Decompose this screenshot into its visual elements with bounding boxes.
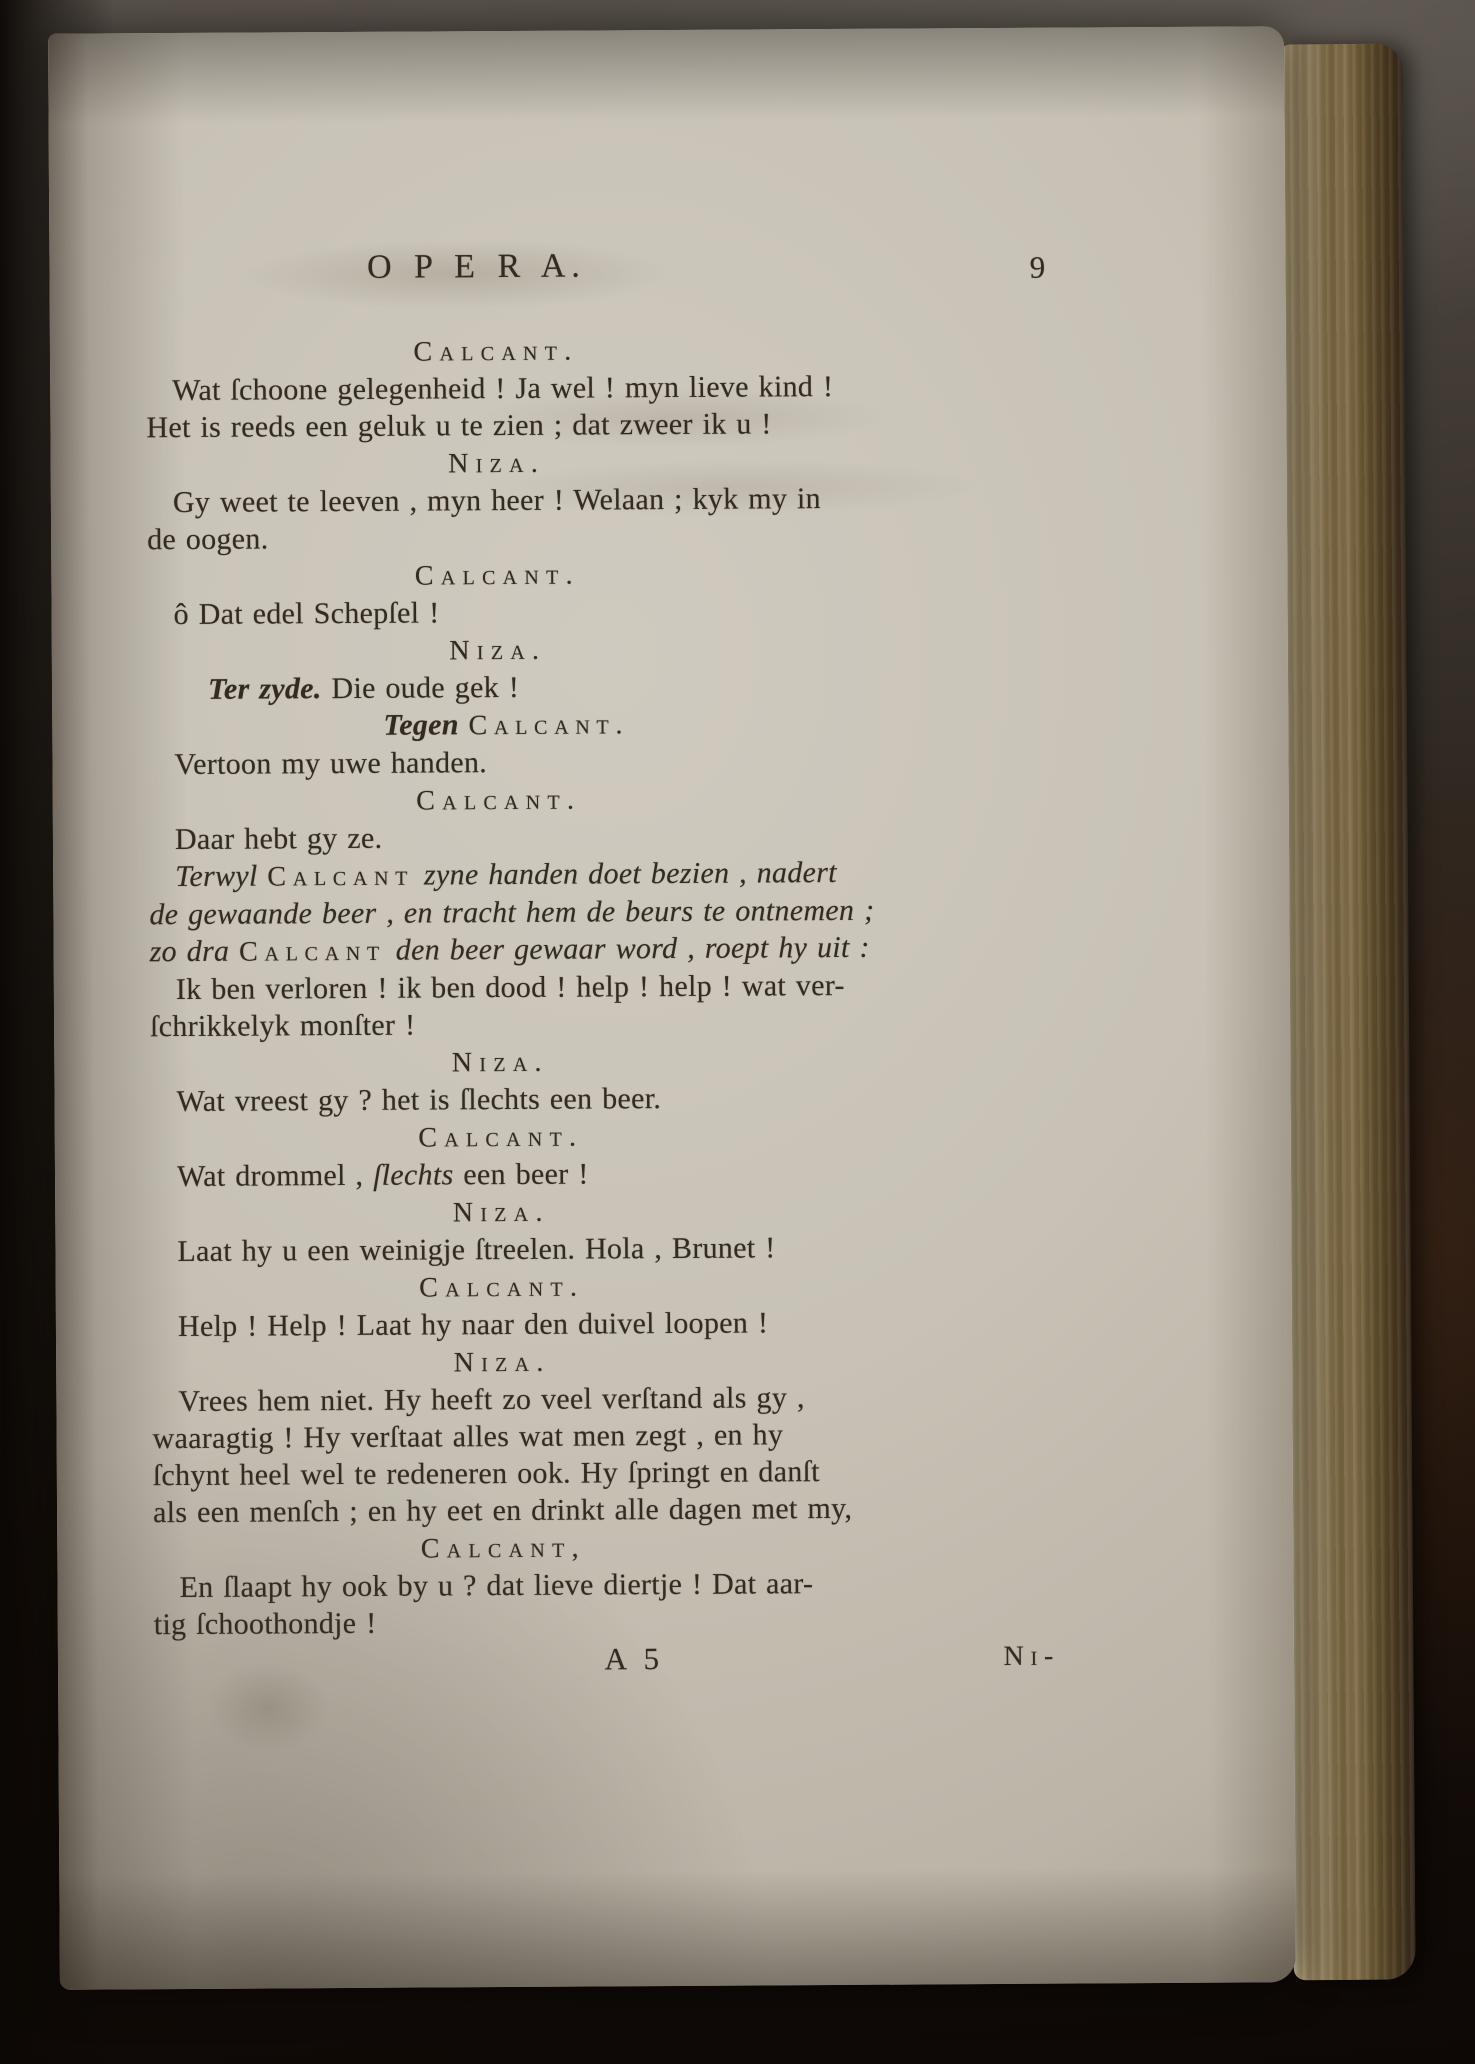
speaker-heading: Calcant. — [147, 553, 1059, 597]
dialogue-line: Vrees hem niet. Hy heeft zo veel verſtan… — [152, 1378, 1064, 1421]
dialogue-line: Daar hebt gy ze. — [149, 816, 1061, 859]
book-page: O P E R A. 9 Calcant. Wat ſchoone gelege… — [48, 26, 1296, 1990]
dialogue-line: Laat hy u een weinigje ſtreelen. Hola , … — [151, 1228, 1063, 1271]
dialogue-line: ſchrikkelyk monſter ! — [150, 1003, 1062, 1046]
dialogue-line: Ik ben verloren ! ik ben dood ! help ! h… — [150, 966, 1062, 1009]
dialogue-line: tig ſchoothondje ! — [154, 1601, 1066, 1644]
page-title: O P E R A. — [145, 244, 1057, 290]
speaker-heading: Calcant. — [149, 778, 1061, 822]
page-footer: A 5 Ni- — [154, 1638, 1066, 1681]
dialogue-line: de oogen. — [147, 516, 1059, 559]
page-fore-edge — [1280, 44, 1416, 1981]
speaker-heading: Niza. — [147, 441, 1059, 485]
speaker-heading: Niza. — [151, 1190, 1063, 1234]
aside-line: Ter zyde. Die oude gek ! — [148, 666, 1060, 709]
page-number: 9 — [1030, 248, 1046, 288]
speaker-heading: Niza. — [148, 628, 1060, 672]
dialogue-line: als een menſch ; en hy eet en drinkt all… — [153, 1489, 1065, 1532]
stage-direction: de gewaande beer , en tracht hem de beur… — [149, 891, 1061, 934]
stage-direction: zo dra Calcant den beer gewaar word , ro… — [150, 928, 1062, 972]
dialogue-line: waaragtig ! Hy verſtaat alles wat men ze… — [153, 1415, 1065, 1458]
speaker-heading: Niza. — [150, 1040, 1062, 1084]
book-photo: O P E R A. 9 Calcant. Wat ſchoone gelege… — [0, 0, 1475, 2064]
signature-mark: A 5 — [154, 1638, 1066, 1681]
dialogue-line: Vertoon my uwe handen. — [148, 741, 1060, 784]
speaker-heading: Calcant, — [153, 1526, 1065, 1570]
dialogue-line: En ſlaapt hy ook by u ? dat lieve diertj… — [153, 1564, 1065, 1607]
speaker-heading: Calcant. — [146, 329, 1058, 373]
speaker-heading: Niza. — [152, 1340, 1064, 1384]
dialogue-line: Help ! Help ! Laat hy naar den duivel lo… — [152, 1303, 1064, 1346]
dialogue-line: Wat drommel , ſlechts een beer ! — [151, 1153, 1063, 1196]
catchword: Ni- — [1003, 1638, 1060, 1675]
dialogue-line: Gy weet te leeven , myn heer ! Welaan ; … — [147, 479, 1059, 522]
running-head: O P E R A. 9 — [145, 244, 1057, 290]
dialogue-line: ô Dat edel Schepſel ! — [147, 591, 1059, 634]
dialogue-line: Wat ſchoone gelegenheid ! Ja wel ! myn l… — [146, 367, 1058, 410]
cue-line: Tegen Calcant. — [148, 703, 1060, 747]
stage-direction: Terwyl Calcant zyne handen doet bezien ,… — [149, 853, 1061, 897]
page-text-block: O P E R A. 9 Calcant. Wat ſchoone gelege… — [145, 244, 1066, 1681]
dialogue-line: Wat vreest gy ? het is ſlechts een beer. — [150, 1078, 1062, 1121]
speaker-heading: Calcant. — [151, 1115, 1063, 1159]
speaker-heading: Calcant. — [152, 1265, 1064, 1309]
dialogue-line: ſchynt heel wel te redeneren ook. Hy ſpr… — [153, 1452, 1065, 1495]
dialogue-line: Het is reeds een geluk u te zien ; dat z… — [146, 404, 1058, 447]
